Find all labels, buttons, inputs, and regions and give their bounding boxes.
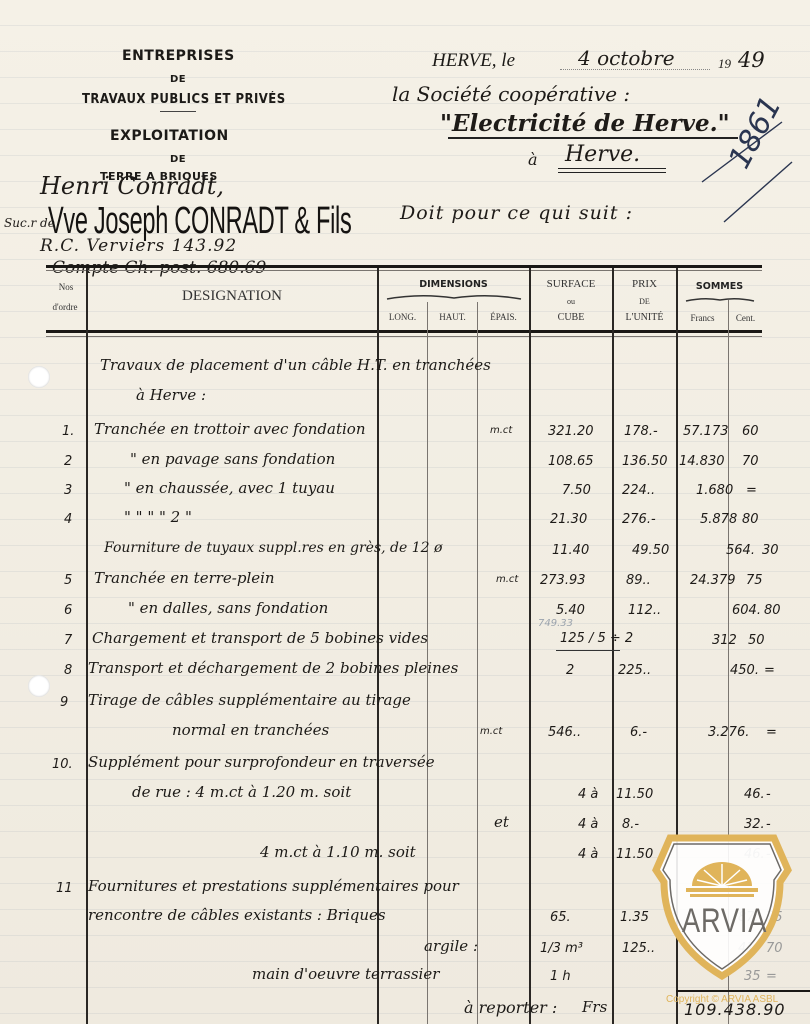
- col-divider: [529, 268, 531, 1024]
- watermark-name: ARVIA: [682, 902, 767, 941]
- row-quantity: 4 à: [578, 787, 598, 802]
- underline: [448, 137, 738, 139]
- row-designation: Fourniture de tuyaux suppl.res en grès, …: [104, 540, 442, 556]
- row-unit-price: 11.50: [616, 847, 653, 862]
- row-unit-price: 1.35: [620, 910, 649, 925]
- row-quantity: 21.30: [550, 512, 587, 527]
- letterhead-line: TRAVAUX PUBLICS ET PRIVÉS: [82, 92, 286, 107]
- row-quantity: 108.65: [548, 454, 594, 469]
- row-designation: Chargement et transport de 5 bobines vid…: [92, 629, 428, 647]
- row-unit: m.ct: [480, 726, 502, 737]
- row-designation: Fournitures et prestations supplémentair…: [88, 877, 459, 895]
- row-quantity: 4 à: [578, 847, 598, 862]
- row-unit-price: 49.50: [632, 543, 669, 558]
- carry-label: à reporter :: [464, 998, 557, 1017]
- row-cents: 60: [742, 424, 759, 439]
- row-francs: 46.: [744, 787, 765, 802]
- row-unit-price: 225..: [618, 663, 651, 678]
- underline: [558, 168, 666, 173]
- row-designation: normal en tranchées: [172, 721, 329, 739]
- row-number: 8: [64, 663, 72, 678]
- row-unit-price: 276.-: [622, 512, 656, 527]
- row-unit-price: 178.-: [624, 424, 658, 439]
- header-francs: Francs: [677, 313, 728, 323]
- row-designation: Travaux de placement d'un câble H.T. en …: [100, 356, 491, 374]
- row-quantity: 546..: [548, 725, 581, 740]
- row-quantity: 4 à: [578, 817, 598, 832]
- row-number: 11: [56, 881, 73, 896]
- punch-hole: [28, 675, 50, 697]
- row-designation: 4 m.ct à 1.10 m. soit: [260, 843, 416, 861]
- row-designation: Tranchée en terre-plein: [94, 569, 275, 587]
- year-suffix: 49: [738, 48, 765, 72]
- row-designation: " en dalles, sans fondation: [128, 599, 328, 617]
- row-francs: 450.: [730, 663, 759, 678]
- row-cents: 80: [742, 512, 759, 527]
- letterhead-line: EXPLOITATION: [110, 128, 229, 144]
- header-epais: ÉPAIS.: [478, 312, 529, 322]
- header-nos: Nos: [46, 282, 86, 292]
- row-designation: et: [494, 813, 509, 831]
- currency: Frs: [582, 998, 607, 1016]
- row-francs: 1.680: [696, 483, 733, 498]
- row-number: 7: [64, 633, 72, 648]
- row-francs: 24.379: [690, 573, 736, 588]
- recipient-line1: la Société coopérative :: [392, 82, 630, 106]
- row-francs: 14.830: [679, 454, 725, 469]
- header-unite: L'UNITÉ: [613, 312, 676, 323]
- row-unit-price: 6.-: [630, 725, 647, 740]
- row-francs: 3.276.: [708, 725, 749, 740]
- header-dimensions: DIMENSIONS: [378, 279, 529, 290]
- header-ou: ou: [530, 297, 612, 306]
- row-quantity: 321.20: [548, 424, 594, 439]
- row-quantity: 2: [566, 663, 574, 678]
- row-unit-price: 136.50: [622, 454, 668, 469]
- row-unit-price: 112..: [628, 603, 661, 618]
- row-cents: =: [766, 725, 777, 740]
- table-top-rule: [46, 265, 762, 268]
- row-unit: m.ct: [490, 425, 512, 436]
- row-designation: à Herve :: [136, 386, 206, 404]
- header-long: LONG.: [378, 312, 427, 322]
- row-cents: 30: [762, 543, 779, 558]
- doit-text: Doit pour ce qui suit :: [400, 202, 633, 224]
- row-number: 9: [60, 695, 68, 710]
- row-quantity: 65.: [550, 910, 571, 925]
- table-header-rule-thin: [46, 336, 762, 337]
- header-cent: Cent.: [729, 313, 762, 323]
- table-header-rule: [46, 330, 762, 333]
- row-cents: -: [766, 787, 771, 802]
- row-quantity: 1/3 m³: [540, 941, 583, 956]
- date-dotted-line: [560, 69, 710, 70]
- row-designation: Supplément pour surprofondeur en travers…: [88, 753, 435, 771]
- row-designation: " en chaussée, avec 1 tuyau: [124, 479, 335, 497]
- table-top-rule-thin: [46, 270, 762, 271]
- row-francs: 312: [712, 633, 737, 648]
- header-haut: HAUT.: [428, 312, 477, 322]
- row-number: 4: [64, 512, 72, 527]
- row-quantity: 125 / 5 ÷ 2: [560, 631, 633, 646]
- row-quantity: 5.40: [556, 603, 585, 618]
- punch-hole: [28, 366, 50, 388]
- header-surface: SURFACE: [530, 278, 612, 290]
- row-cents: 50: [748, 633, 765, 648]
- row-cents: =: [746, 483, 757, 498]
- row-cents: 70: [742, 454, 759, 469]
- row-designation: rencontre de câbles existants : Briques: [88, 906, 386, 924]
- arvia-watermark: ARVIA: [652, 830, 792, 980]
- row-quantity: 7.50: [562, 483, 591, 498]
- recipient-name: "Electricité de Herve.": [440, 110, 730, 137]
- fraction-bar: [556, 650, 620, 651]
- col-divider: [477, 302, 478, 1024]
- row-francs: 564.: [726, 543, 755, 558]
- date: 4 octobre: [578, 46, 675, 70]
- letterhead-line: ENTREPRISES: [122, 48, 235, 64]
- row-cents: =: [764, 663, 775, 678]
- row-cents: 80: [764, 603, 781, 618]
- copyright-text: Copyright © ARVIA ASBL: [666, 994, 778, 1005]
- header-prix: PRIX: [613, 278, 676, 290]
- city-prefix: à: [528, 150, 538, 169]
- owner-signature: Henri Conradt,: [40, 172, 224, 200]
- header-sommes: SOMMES: [677, 281, 762, 292]
- recipient-city: Herve.: [565, 142, 640, 167]
- row-designation: Tirage de câbles supplémentaire au tirag…: [88, 691, 411, 709]
- rc-number: R.C. Verviers 143.92: [40, 236, 237, 256]
- row-unit-price: 89..: [626, 573, 651, 588]
- row-francs: 5.878: [700, 512, 737, 527]
- total-rule: [676, 990, 810, 992]
- margin-note: 749.33: [538, 618, 573, 629]
- row-quantity: 1 h: [550, 969, 571, 984]
- row-number: 6: [64, 603, 72, 618]
- year-prefix: 19: [718, 56, 731, 72]
- header-dordre: d'ordre: [44, 302, 86, 312]
- place-date-prefix: HERVE, le: [432, 50, 515, 72]
- row-cents: 75: [746, 573, 763, 588]
- row-designation: " " " " 2 ": [124, 508, 192, 526]
- row-number: 5: [64, 573, 72, 588]
- letterhead-line: DE: [170, 154, 186, 165]
- row-number: 10.: [52, 757, 73, 772]
- row-number: 3: [64, 483, 72, 498]
- row-designation: Tranchée en trottoir avec fondation: [94, 420, 366, 438]
- row-designation: " en pavage sans fondation: [130, 450, 335, 468]
- row-quantity: 11.40: [552, 543, 589, 558]
- postal-account: Compte Ch. post. 680.69: [52, 258, 266, 278]
- row-unit-price: 224..: [622, 483, 655, 498]
- row-designation: Transport et déchargement de 2 bobines p…: [88, 659, 458, 677]
- row-designation: argile :: [424, 937, 478, 955]
- header-de: DE: [613, 297, 676, 306]
- row-unit-price: 11.50: [616, 787, 653, 802]
- brace-ornament: [385, 293, 523, 301]
- col-divider: [612, 268, 614, 1024]
- row-francs: 604.: [732, 603, 761, 618]
- row-designation: main d'oeuvre terrassier: [252, 965, 439, 983]
- row-designation: de rue : 4 m.ct à 1.20 m. soit: [132, 783, 351, 801]
- brace-ornament: [684, 296, 756, 302]
- row-unit: m.ct: [496, 574, 518, 585]
- letterhead-line: DE: [170, 74, 186, 85]
- header-designation: DESIGNATION: [87, 288, 377, 305]
- row-unit-price: 125..: [622, 941, 655, 956]
- header-cube: CUBE: [530, 312, 612, 323]
- row-francs: 57.173: [683, 424, 729, 439]
- row-number: 2: [64, 454, 72, 469]
- ornament-divider: [160, 111, 196, 114]
- row-quantity: 273.93: [540, 573, 586, 588]
- row-number: 1.: [62, 424, 74, 439]
- row-unit-price: 8.-: [622, 817, 639, 832]
